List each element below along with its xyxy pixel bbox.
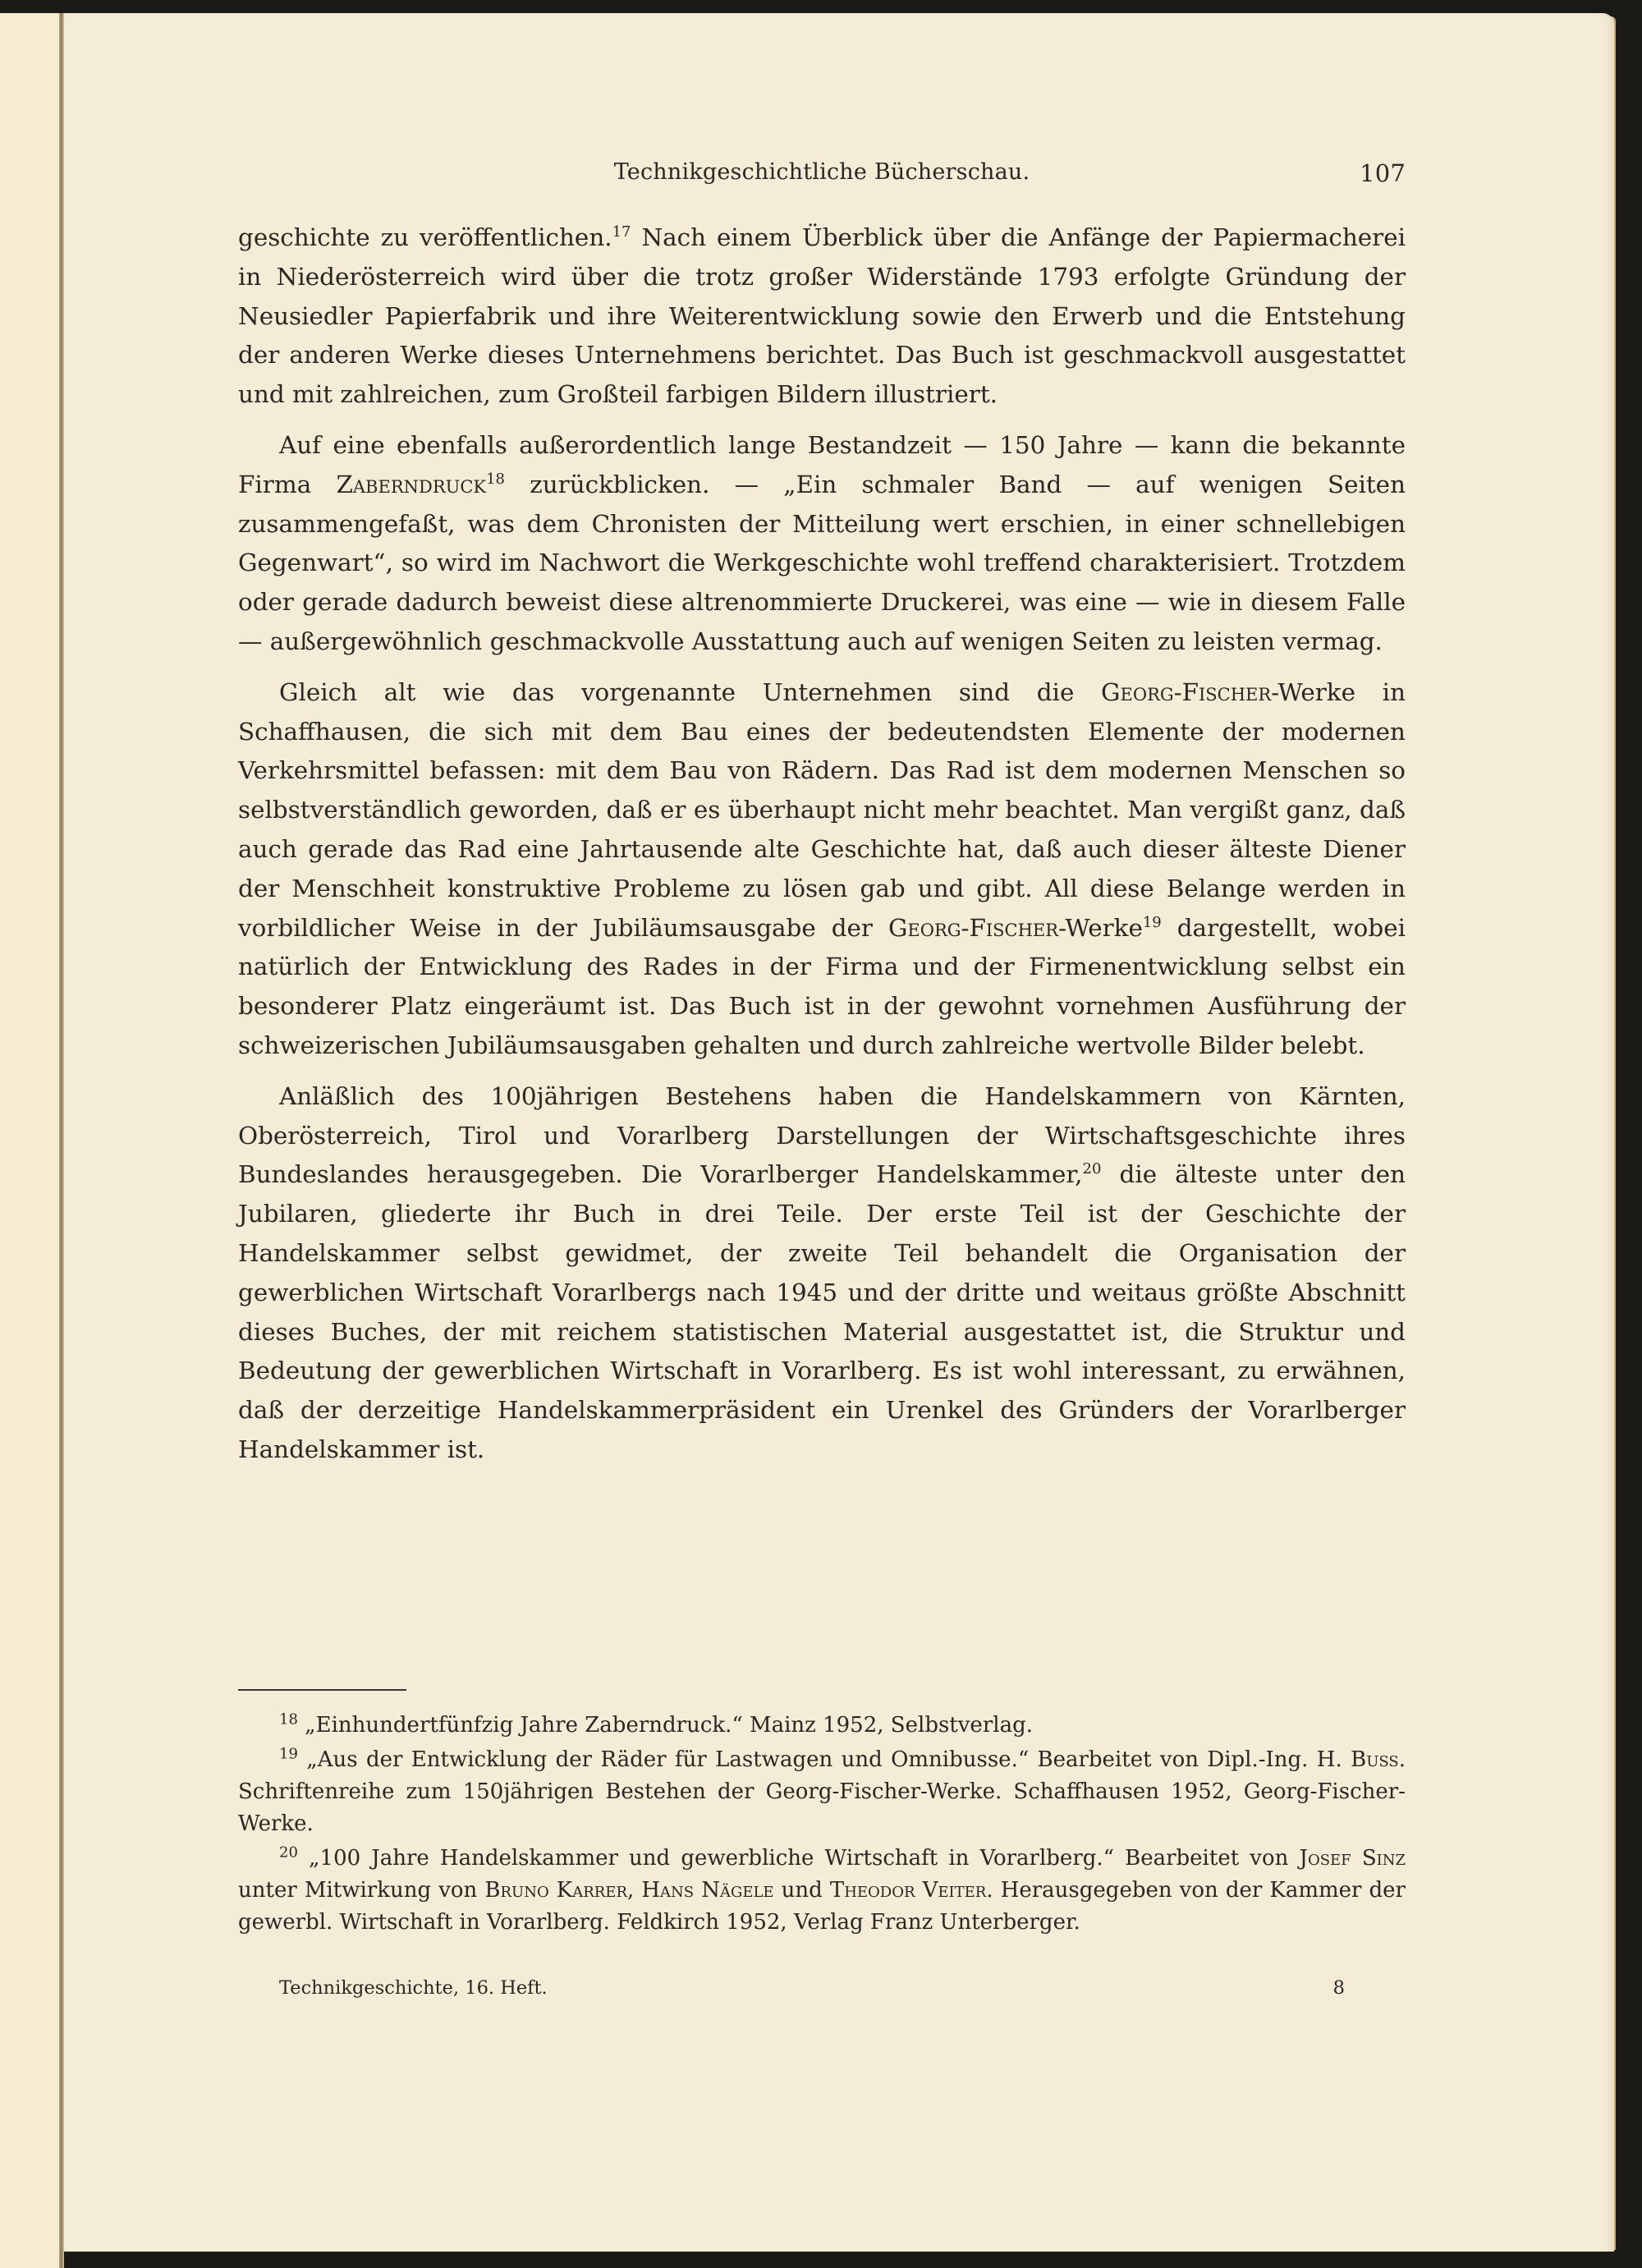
- small-caps-name: Georg-Fischer: [1101, 678, 1271, 706]
- small-caps-name: Bruno Karrer: [484, 1878, 627, 1903]
- small-caps-name: Buss: [1351, 1747, 1399, 1772]
- text-run: Gleich alt wie das vorgenannte Unternehm…: [279, 678, 1101, 706]
- footnote-rule: [238, 1689, 406, 1691]
- text-run: ,: [627, 1878, 641, 1903]
- page-number: 107: [1360, 159, 1406, 187]
- text-run: und: [774, 1878, 830, 1903]
- small-caps-name: Josef Sinz: [1300, 1846, 1406, 1871]
- small-caps-name: Theodor Veiter: [830, 1878, 986, 1903]
- footnote-number: 18: [279, 1710, 298, 1728]
- small-caps-name: Hans Nägele: [641, 1878, 773, 1903]
- text-run: -Werke in Schaffhausen, die sich mit dem…: [238, 678, 1406, 942]
- footnote-reference: 20: [1083, 1161, 1102, 1178]
- footnote-number: 20: [279, 1843, 298, 1861]
- footnote: 18 „Einhundertfünfzig Jahre Zaberndruck.…: [238, 1710, 1406, 1742]
- footnote: 20 „100 Jahre Handelskammer und gewerbli…: [238, 1843, 1406, 1939]
- text-run: „Einhundertfünfzig Jahre Zaberndruck.“ M…: [298, 1713, 1033, 1738]
- small-caps-name: Georg-Fischer: [888, 914, 1058, 942]
- paragraph: Gleich alt wie das vorgenannte Unternehm…: [238, 673, 1406, 1066]
- text-run: geschichte zu veröffentlichen.: [238, 223, 612, 251]
- paragraph: geschichte zu veröffentlichen.17 Nach ei…: [238, 218, 1406, 415]
- running-title: Technikgeschichtliche Bücherschau.: [238, 159, 1406, 185]
- footnote: 19 „Aus der Entwicklung der Räder für La…: [238, 1744, 1406, 1840]
- adjacent-page-edge: [0, 13, 59, 2268]
- book-page: Technikgeschichtliche Bücherschau. 107 g…: [64, 13, 1614, 2252]
- text-run: „Aus der Entwicklung der Räder für Lastw…: [298, 1747, 1351, 1772]
- text-run: „100 Jahre Handelskammer und gewerbliche…: [298, 1846, 1300, 1871]
- footnote-reference: 17: [612, 223, 631, 241]
- paragraph: Anläßlich des 100jährigen Bestehens habe…: [238, 1077, 1406, 1470]
- body-text: geschichte zu veröffentlichen.17 Nach ei…: [238, 218, 1406, 1481]
- journal-issue: Technikgeschichte, 16. Heft.: [279, 1977, 548, 1999]
- text-run: unter Mitwirkung von: [238, 1878, 484, 1903]
- running-head: Technikgeschichtliche Bücherschau. 107: [238, 159, 1406, 192]
- signature-mark: 8: [1333, 1977, 1345, 1999]
- small-caps-name: Zaberndruck: [336, 471, 486, 498]
- text-run: -Werke: [1058, 914, 1143, 942]
- footnote-reference: 19: [1143, 914, 1162, 931]
- paragraph: Auf eine ebenfalls außerordentlich lange…: [238, 426, 1406, 662]
- footnotes: 18 „Einhundertfünfzig Jahre Zaberndruck.…: [238, 1710, 1406, 1941]
- footnote-reference: 18: [486, 471, 505, 488]
- text-run: die älteste unter den Jubilaren, glieder…: [238, 1160, 1406, 1463]
- footnote-number: 19: [279, 1745, 298, 1762]
